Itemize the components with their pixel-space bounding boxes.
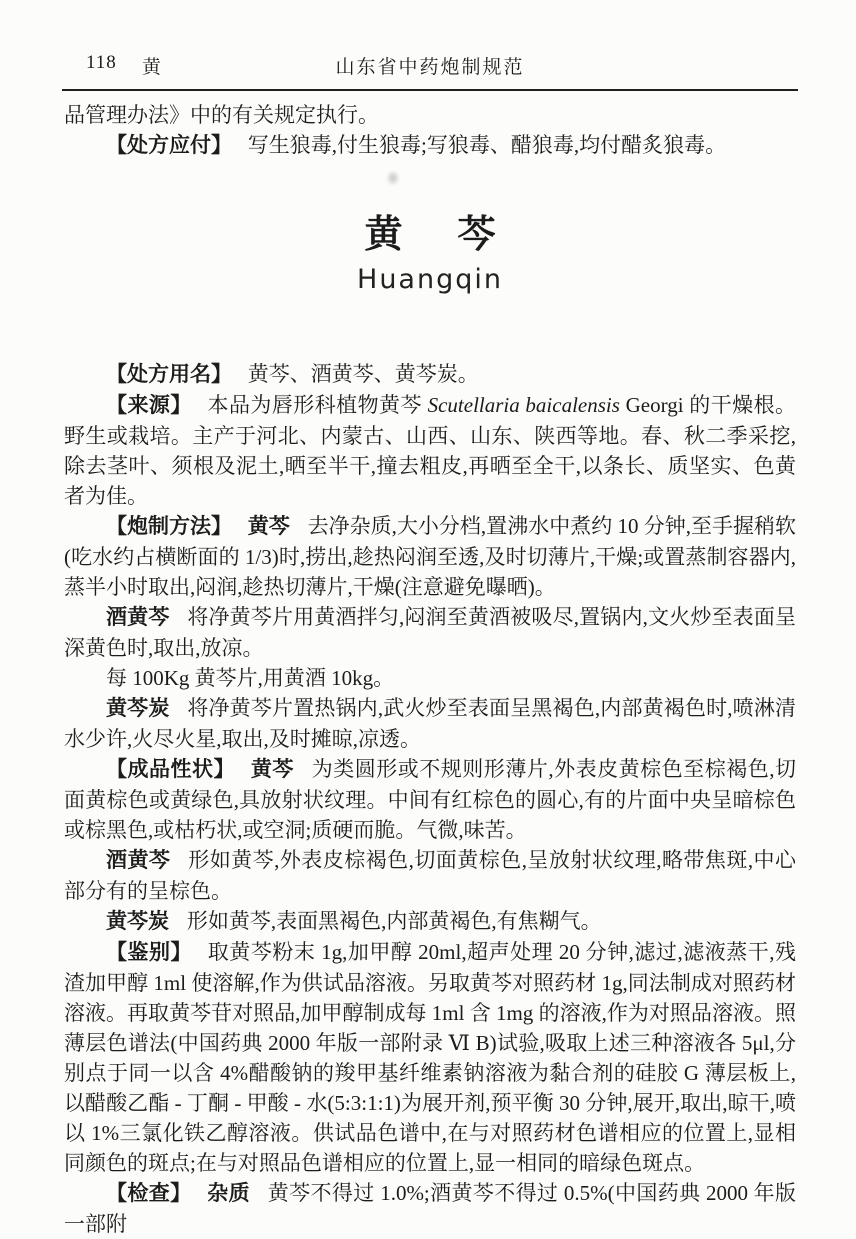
continuation-paragraph: 品管理办法》中的有关规定执行。 <box>64 100 796 130</box>
book-title: 山东省中药炮制规范 <box>64 52 796 79</box>
para-prescription-dispensing: 【处方应付】写生狼毒,付生狼毒;写狼毒、醋狼毒,均付醋炙狼毒。 <box>64 130 796 161</box>
page-header: 118 黄 山东省中药炮制规范 <box>64 52 796 78</box>
subhead-zazhi: 杂质 <box>207 1182 250 1205</box>
para-laiyuan: 【来源】本品为唇形科植物黄芩 Scutellaria baicalensis G… <box>64 390 796 511</box>
para-huangqin-tan-method: 黄芩炭将净黄芩片置热锅内,武火炒至表面呈黑褐色,内部黄褐色时,喷淋清水少许,火尽… <box>64 693 796 754</box>
subhead-huangqin-tan: 黄芩炭 <box>106 697 170 720</box>
latin-botanical-name: Scutellaria baicalensis <box>428 393 620 417</box>
section-label-paozhi-fangfa: 【炮制方法】 <box>106 515 232 538</box>
continuation-text: 品管理办法》中的有关规定执行。 <box>64 103 379 127</box>
dosage-text: 每 100Kg 黄芩片,用黄酒 10kg。 <box>106 666 394 690</box>
subhead-huangqin-tan-2: 黄芩炭 <box>106 910 169 933</box>
latin-author: Georgi <box>620 393 689 417</box>
para-jiu-huangqin-method: 酒黄芩将净黄芩片用黄酒拌匀,闷润至黄酒被吸尽,置锅内,文火炒至表面呈深黄色时,取… <box>64 602 796 663</box>
jiu-huangqin-xingzhuang-text: 形如黄芩,外表皮棕褐色,切面黄棕色,呈放射状纹理,略带焦斑,中心部分有的呈棕色。 <box>64 848 796 903</box>
header-divider <box>62 89 798 91</box>
jiu-huangqin-method-text: 将净黄芩片用黄酒拌匀,闷润至黄酒被吸尽,置锅内,文火炒至表面呈深黄色时,取出,放… <box>64 605 796 660</box>
para-jianbie: 【鉴别】取黄芩粉末 1g,加甲醇 20ml,超声处理 20 分钟,滤过,滤液蒸干… <box>64 937 796 1178</box>
subhead-jiu-huangqin: 酒黄芩 <box>106 606 170 629</box>
page-content: 品管理办法》中的有关规定执行。 【处方应付】写生狼毒,付生狼毒;写狼毒、醋狼毒,… <box>64 100 796 1239</box>
subhead-huangqin-2: 黄芩 <box>251 758 294 781</box>
para-dosage: 每 100Kg 黄芩片,用黄酒 10kg。 <box>64 663 796 693</box>
section-label-jiancha: 【检查】 <box>106 1182 191 1205</box>
section-label-chengpin-xingzhuang: 【成品性状】 <box>106 758 235 781</box>
drug-title: 黄芩 <box>64 213 796 257</box>
subhead-huangqin: 黄芩 <box>248 515 290 538</box>
chufang-yongming-text: 黄芩、酒黄芩、黄芩炭。 <box>248 362 479 386</box>
drug-pinyin: Huangqin <box>64 263 796 297</box>
para-huangqin-tan-xingzhuang: 黄芩炭形如黄芩,表面黑褐色,内部黄褐色,有焦糊气。 <box>64 906 796 937</box>
section-label-chufang-yongming: 【处方用名】 <box>106 363 232 386</box>
monograph-body: 【处方用名】黄芩、酒黄芩、黄芩炭。 【来源】本品为唇形科植物黄芩 Scutell… <box>64 359 796 1239</box>
section-label-chufang-yingfu: 【处方应付】 <box>106 134 232 157</box>
para-paozhi-fangfa: 【炮制方法】黄芩去净杂质,大小分档,置沸水中煮约 10 分钟,至手握稍软(吃水约… <box>64 511 796 602</box>
laiyuan-text-before: 本品为唇形科植物黄芩 <box>208 393 428 417</box>
section-label-jianbie: 【鉴别】 <box>106 941 192 964</box>
para-chufang-yongming: 【处方用名】黄芩、酒黄芩、黄芩炭。 <box>64 359 796 390</box>
huangqin-tan-method-text: 将净黄芩片置热锅内,武火炒至表面呈黑褐色,内部黄褐色时,喷淋清水少许,火尽火星,… <box>64 696 796 751</box>
subhead-jiu-huangqin-2: 酒黄芩 <box>106 849 170 872</box>
monograph-title-block: 黄芩 Huangqin <box>64 213 796 297</box>
huangqin-tan-xingzhuang-text: 形如黄芩,表面黑褐色,内部黄褐色,有焦糊气。 <box>187 909 602 933</box>
para-jiu-huangqin-xingzhuang: 酒黄芩形如黄芩,外表皮棕褐色,切面黄棕色,呈放射状纹理,略带焦斑,中心部分有的呈… <box>64 845 796 906</box>
prescription-text: 写生狼毒,付生狼毒;写狼毒、醋狼毒,均付醋炙狼毒。 <box>248 133 726 157</box>
document-page: 118 黄 山东省中药炮制规范 品管理办法》中的有关规定执行。 【处方应付】写生… <box>0 0 856 1239</box>
jianbie-text: 取黄芩粉末 1g,加甲醇 20ml,超声处理 20 分钟,滤过,滤液蒸干,残渣加… <box>64 940 796 1175</box>
para-chengpin-xingzhuang: 【成品性状】黄芩为类圆形或不规则形薄片,外表皮黄棕色至棕褐色,切面黄棕色或黄绿色… <box>64 754 796 845</box>
section-label-laiyuan: 【来源】 <box>106 394 192 417</box>
para-jiancha: 【检查】杂质黄芩不得过 1.0%;酒黄芩不得过 0.5%(中国药典 2000 年… <box>64 1178 796 1239</box>
